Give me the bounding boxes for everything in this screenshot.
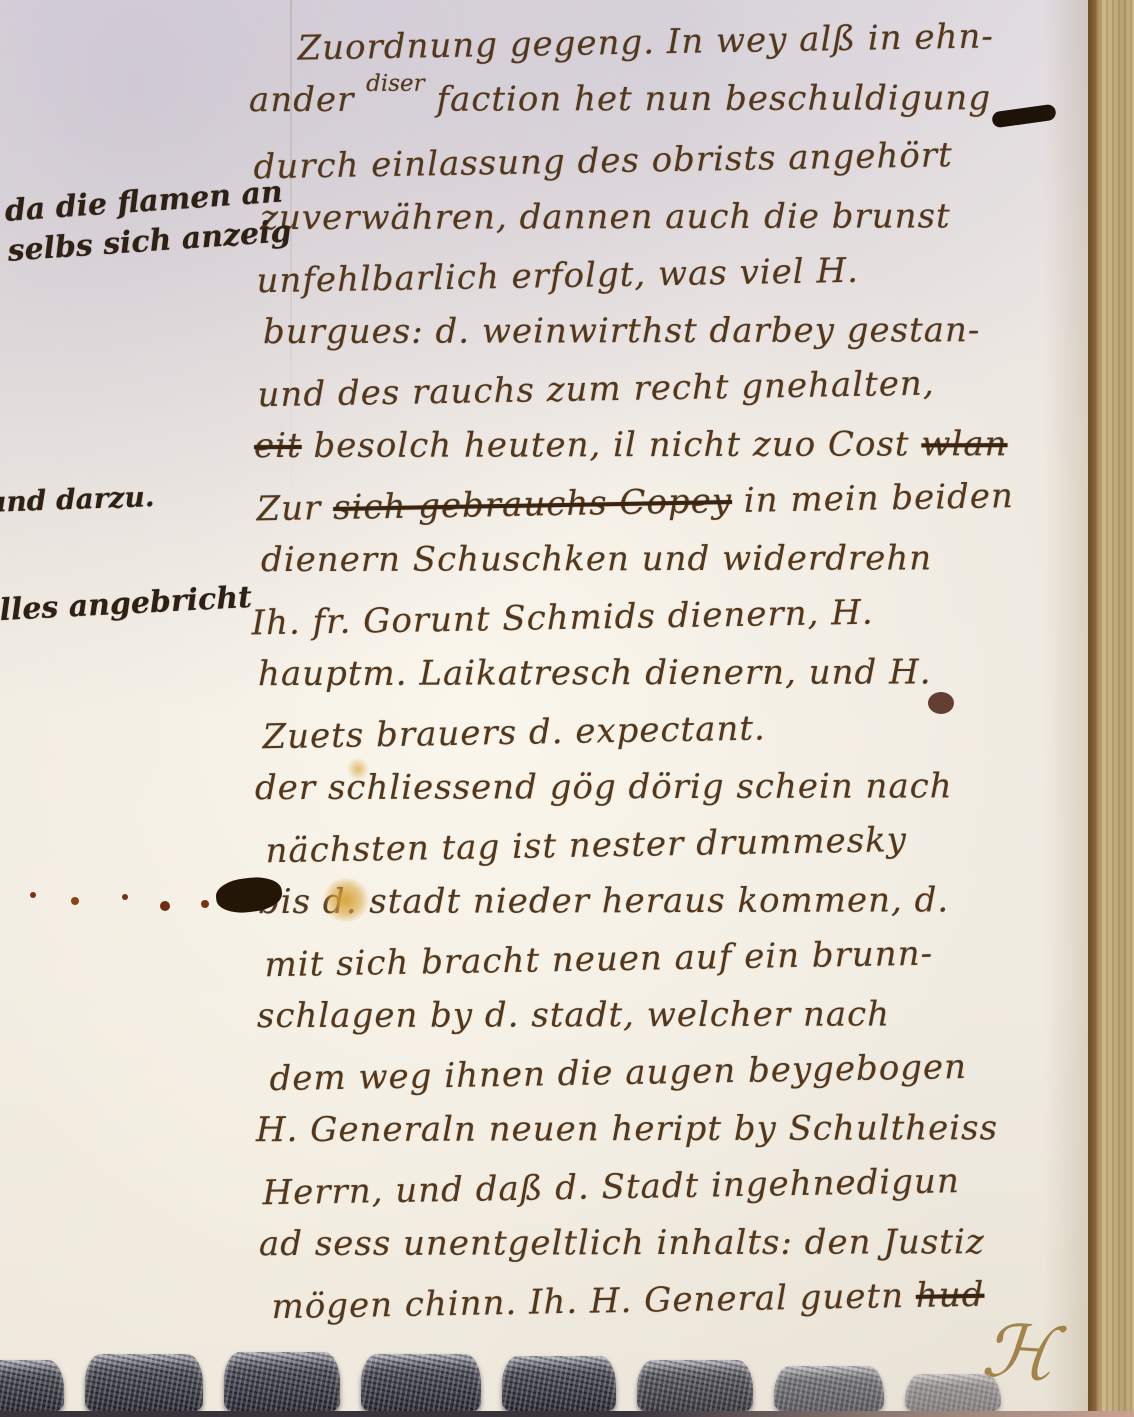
handwriting-text: mögen chinn. Ih. H. General guetn [271, 1276, 916, 1327]
handwriting-line: Ih. fr. Gorunt Schmids dienern, H. [247, 581, 1108, 653]
handwriting-text: dem weg ihnen die augen beygebogen [269, 1047, 967, 1099]
margin-note-darzu: und darzu. [0, 477, 155, 523]
handwriting-text: faction het nun beschuldigung [425, 78, 992, 119]
handwriting-text: burgues: d. weinwirthst darbey gestan- [263, 310, 980, 352]
ink-speck-trail [30, 892, 36, 898]
handwriting-text: besolch heuten, il nicht zuo Cost [302, 424, 922, 466]
handwriting-text: ander [249, 80, 366, 120]
ink-round-blot [928, 692, 954, 714]
handwriting-line: schlagen by d. stadt, welcher nach [251, 986, 1111, 1045]
fabric-segment [905, 1374, 1001, 1412]
handwriting-text: dienern Schuschken und widerdrehn [261, 538, 932, 580]
handwriting-line: dienern Schuschken und widerdrehn [247, 530, 1107, 589]
handwriting-line: und des rauchs zum recht gnehalten, [245, 353, 1106, 425]
handwriting-text: Herrn, und daß d. Stadt ingehnedigun [262, 1161, 960, 1213]
fabric-segment [361, 1354, 481, 1412]
handwriting-text: und des rauchs zum recht gnehalten, [257, 363, 935, 415]
handwriting-text: unfehlbarlich erfolgt, was viel H. [256, 251, 859, 302]
handwriting-text: Ih. fr. Gorunt Schmids dienern, H. [251, 593, 874, 644]
fabric-segment [637, 1360, 753, 1412]
margin-note-line: und darzu. [0, 477, 155, 523]
handwriting-line: zuverwähren, dannen auch die brunst [244, 188, 1104, 247]
handwriting-text: ad sess unentgeltlich inhalts: den Justi… [259, 1222, 985, 1264]
strikethrough-text: eit [254, 426, 302, 466]
fabric-segment [502, 1356, 616, 1412]
handwriting-text: zuverwähren, dannen auch die brunst [260, 196, 951, 238]
handwriting-line: Zuets brauers d. expectant. [248, 694, 1109, 766]
handwriting-text: Zuordnung gegeng. In wey alß in ehn- [297, 16, 994, 68]
fabric-segment [224, 1352, 340, 1412]
handwriting-text: Zuets brauers d. expectant. [262, 708, 766, 757]
handwriting-text: hauptm. Laikatresch dienern, und H. [258, 652, 932, 694]
strikethrough-text: hud [915, 1275, 984, 1316]
margin-note-angebricht: alles angebricht [0, 578, 253, 632]
handwriting-line: Herrn, und daß d. Stadt ingehnedigun [252, 1150, 1113, 1222]
strikethrough-text: wlan [921, 424, 1007, 464]
handwriting-line: H. Generaln neuen heript by Schultheiss [252, 1100, 1112, 1159]
book-binding-edge [1088, 0, 1134, 1417]
handwriting-text: H. Generaln neuen heript by Schultheiss [256, 1108, 998, 1150]
manuscript-photo: Zuordnung gegeng. In wey alß in ehn-ande… [0, 0, 1134, 1417]
handwriting-line: durch einlassung des obrists angehört [243, 125, 1104, 197]
handwriting-line: dem weg ihnen die augen beygebogen [251, 1036, 1112, 1108]
handwriting-line: ad sess unentgeltlich inhalts: den Justi… [253, 1214, 1113, 1273]
fabric-segment [85, 1354, 203, 1412]
yellow-stain-large [322, 878, 370, 922]
handwriting-text: schlagen by d. stadt, welcher nach [257, 994, 890, 1036]
handwriting-line: eit besolch heuten, il nicht zuo Cost wl… [246, 416, 1106, 475]
handwriting-text: Zur [256, 488, 333, 529]
photo-bottom-edge [0, 1411, 1134, 1417]
handwriting-text: nächsten tag ist nester drummesky [265, 820, 907, 871]
handwriting-line: nächsten tag ist nester drummesky [249, 808, 1110, 880]
margin-note-line: alles angebricht [0, 578, 253, 632]
handwriting-text: durch einlassung des obrists angehört [253, 135, 953, 187]
yellow-stain-small [346, 758, 370, 780]
handwriting-line: Zur sich gebrauchs Copey in mein beiden [246, 467, 1107, 539]
knitted-band [0, 1346, 1012, 1412]
page-edge-shadow [1044, 0, 1088, 1417]
handwriting-text: mit sich bracht neuen auf ein brunn- [264, 934, 933, 986]
interlinear-insertion: diser [366, 71, 425, 97]
handwriting-line: ander diser faction het nun beschuldigun… [243, 70, 1103, 133]
handwriting-line: unfehlbarlich erfolgt, was viel H. [244, 239, 1105, 311]
handwriting-line: der schliessend gög dörig schein nach [249, 758, 1109, 817]
strikethrough-text: sich gebrauchs Copey [333, 481, 733, 528]
handwriting-line: hauptm. Laikatresch dienern, und H. [248, 644, 1108, 703]
fabric-segment [774, 1366, 884, 1412]
fabric-segment [0, 1360, 64, 1412]
handwriting-line: bis d. stadt nieder heraus kommen, d. [250, 872, 1110, 931]
text-block: Zuordnung gegeng. In wey alß in ehn-ande… [242, 10, 1113, 1332]
handwriting-line: burgues: d. weinwirthst darbey gestan- [245, 302, 1105, 361]
handwriting-line: Zuordnung gegeng. In wey alß in ehn- [242, 7, 1103, 79]
handwriting-line: mit sich bracht neuen auf ein brunn- [250, 922, 1111, 994]
handwriting-text: in mein beiden [732, 476, 1015, 521]
